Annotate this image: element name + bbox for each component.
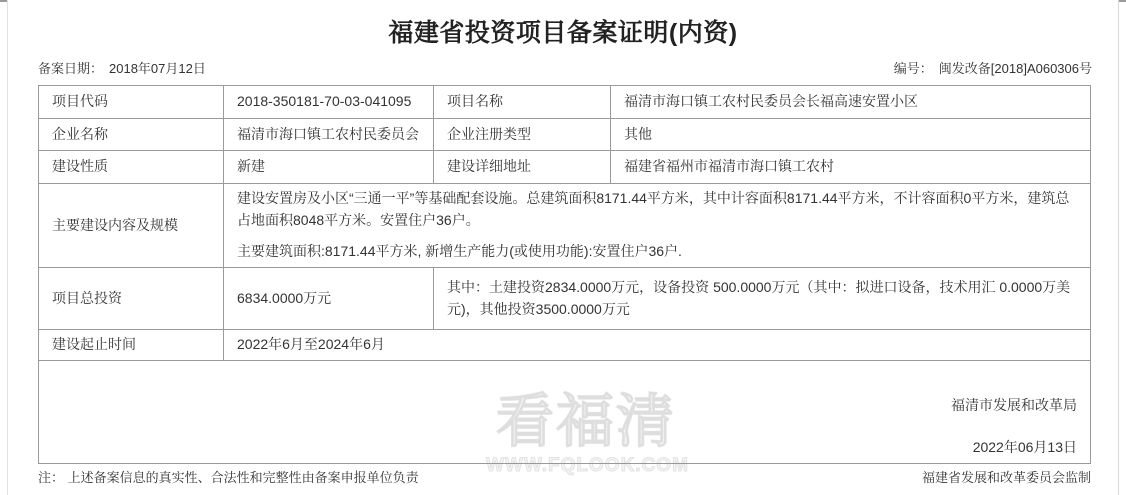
doc-number: 编号：闽发改备[2018]A060306号	[894, 58, 1092, 77]
footer-supervision: 福建省发展和改革委员会监制	[922, 467, 1091, 486]
filing-date-label: 备案日期：	[38, 61, 103, 76]
construction-address-label: 建设详细地址	[434, 151, 611, 184]
signature-cell: 福清市发展和改革局 2022年06月13日	[39, 360, 1091, 463]
table-row: 项目代码 2018-350181-70-03-041095 项目名称 福清市海口…	[39, 86, 1091, 119]
main-construction-paragraph-1: 建设安置房及小区“三通一平”等基础配套设施。总建筑面积8171.44平方米，其中…	[237, 188, 1077, 231]
project-code-label: 项目代码	[39, 86, 224, 119]
footer-note: 注： 上述备案信息的真实性、合法性和完整性由备案申报单位负责	[38, 467, 419, 486]
document-footer: 注： 上述备案信息的真实性、合法性和完整性由备案申报单位负责 福建省发展和改革委…	[38, 467, 1091, 486]
certificate-table: 项目代码 2018-350181-70-03-041095 项目名称 福清市海口…	[38, 85, 1091, 464]
main-construction-label: 主要建设内容及规模	[39, 184, 224, 268]
main-construction-value: 建设安置房及小区“三通一平”等基础配套设施。总建筑面积8171.44平方米，其中…	[224, 184, 1091, 268]
filing-date: 备案日期：2018年07月12日	[38, 58, 206, 77]
issuing-authority: 福清市发展和改革局	[52, 395, 1077, 417]
certificate-page: 福建省投资项目备案证明(内资) 备案日期：2018年07月12日 编号：闽发改备…	[7, 0, 1119, 495]
construction-nature-label: 建设性质	[39, 151, 224, 184]
main-construction-paragraph-2: 主要建筑面积:8171.44平方米, 新增生产能力(或使用功能):安置住户36户…	[237, 241, 1077, 263]
project-name-label: 项目名称	[434, 86, 611, 119]
total-investment-value: 6834.0000万元	[224, 268, 434, 330]
issue-date: 2022年06月13日	[52, 437, 1077, 459]
construction-period-label: 建设起止时间	[39, 330, 224, 361]
doc-number-label: 编号：	[894, 61, 933, 76]
construction-period-value: 2022年6月至2024年6月	[224, 330, 1091, 361]
table-row: 项目总投资 6834.0000万元 其中：土建投资2834.0000万元，设备投…	[39, 268, 1091, 330]
enterprise-name-value: 福清市海口镇工农村民委员会	[224, 119, 434, 151]
enterprise-name-label: 企业名称	[39, 119, 224, 151]
table-row: 主要建设内容及规模 建设安置房及小区“三通一平”等基础配套设施。总建筑面积817…	[39, 184, 1091, 268]
table-row: 建设起止时间 2022年6月至2024年6月	[39, 330, 1091, 361]
project-name-value: 福清市海口镇工农村民委员会长福高速安置小区	[611, 86, 1091, 119]
total-investment-label: 项目总投资	[39, 268, 224, 330]
total-investment-detail: 其中：土建投资2834.0000万元，设备投资 500.0000万元（其中：拟进…	[434, 268, 1091, 330]
document-meta-row: 备案日期：2018年07月12日 编号：闽发改备[2018]A060306号	[38, 58, 1092, 77]
project-code-value: 2018-350181-70-03-041095	[224, 86, 434, 119]
filing-date-value: 2018年07月12日	[109, 61, 206, 76]
page-title: 福建省投资项目备案证明(内资)	[8, 13, 1118, 49]
doc-number-value: 闽发改备[2018]A060306号	[939, 61, 1092, 76]
table-row: 建设性质 新建 建设详细地址 福建省福州市福清市海口镇工农村	[39, 151, 1091, 184]
construction-address-value: 福建省福州市福清市海口镇工农村	[611, 151, 1091, 184]
enterprise-reg-type-value: 其他	[611, 119, 1091, 151]
table-row: 企业名称 福清市海口镇工农村民委员会 企业注册类型 其他	[39, 119, 1091, 151]
enterprise-reg-type-label: 企业注册类型	[434, 119, 611, 151]
table-row: 福清市发展和改革局 2022年06月13日	[39, 360, 1091, 463]
construction-nature-value: 新建	[224, 151, 434, 184]
